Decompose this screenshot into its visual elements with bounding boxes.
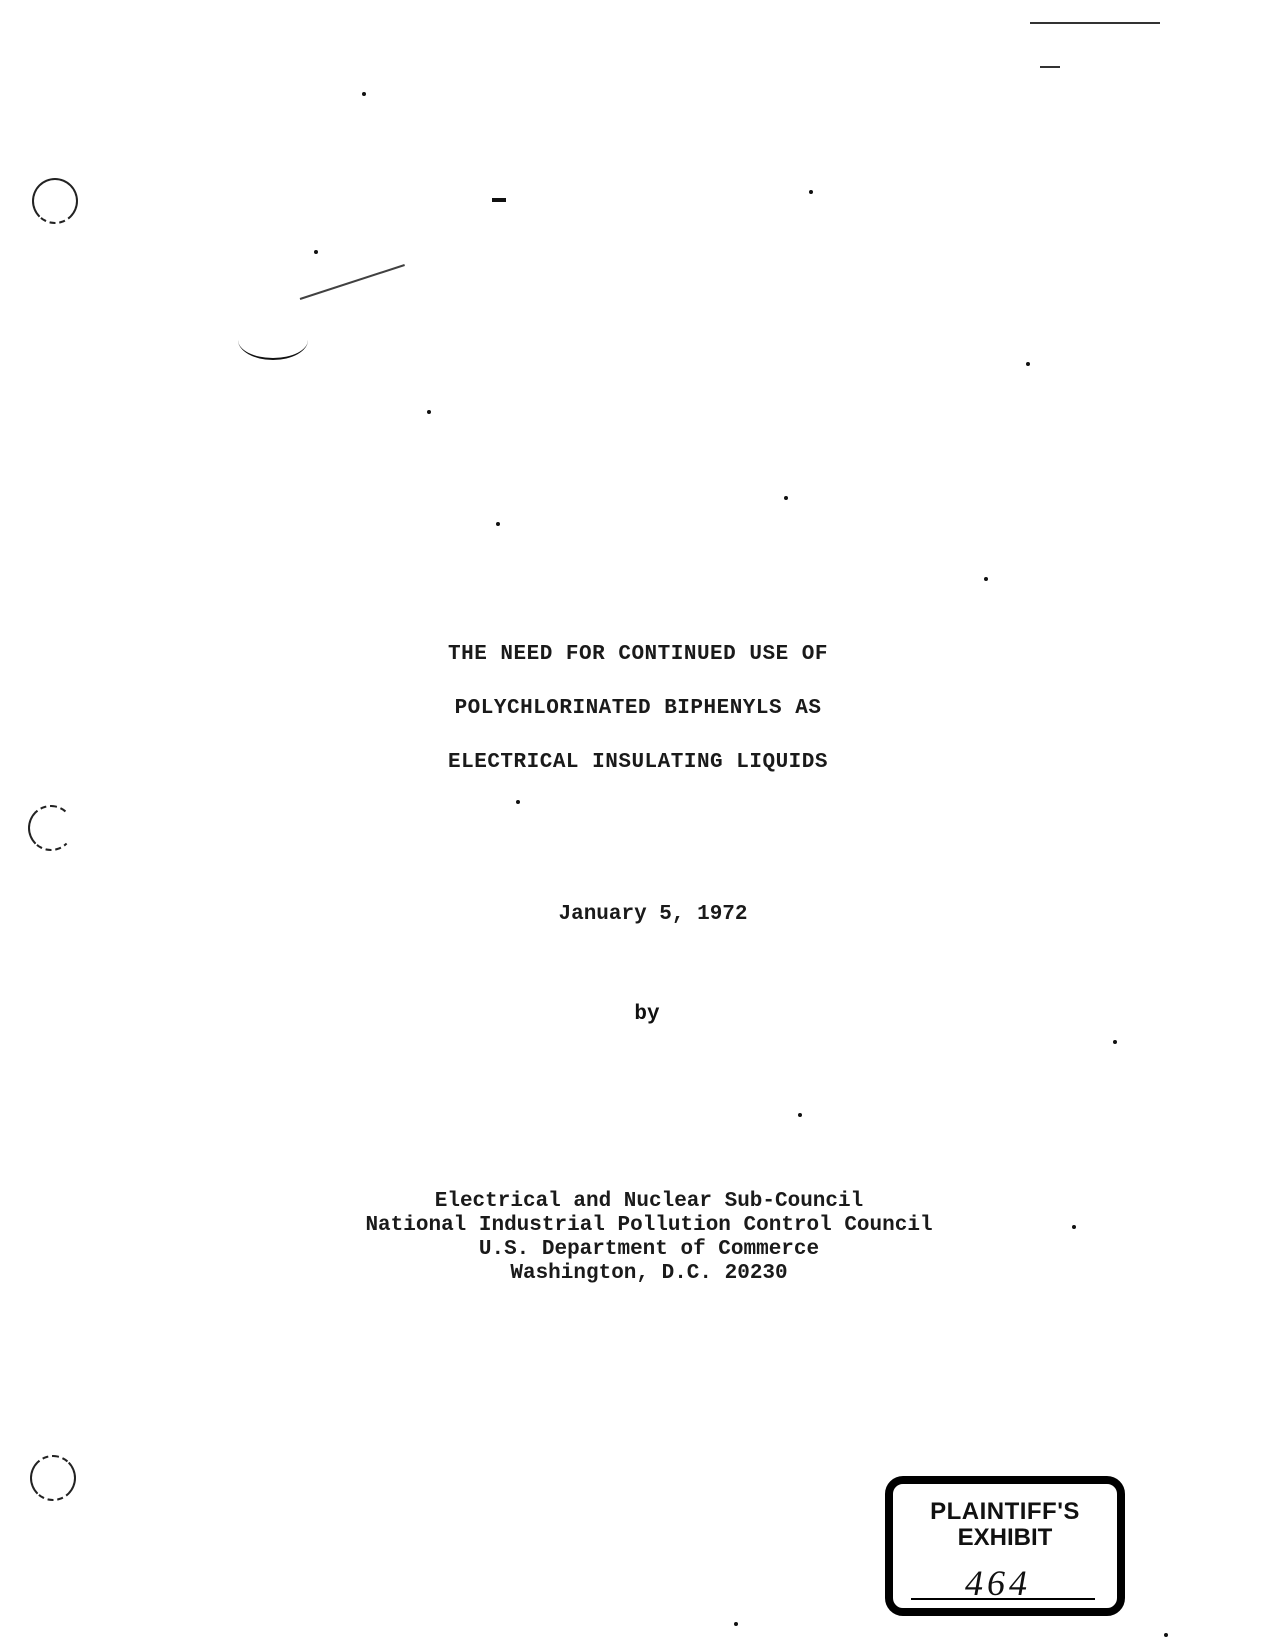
author-line-3: U.S. Department of Commerce — [22, 1238, 1276, 1262]
punch-hole-middle — [28, 805, 74, 851]
title-line-2: POLYCHLORINATED BIPHENYLS AS — [0, 682, 1276, 736]
speck — [798, 1113, 802, 1117]
document-date: January 5, 1972 — [0, 903, 1276, 926]
speck — [984, 577, 988, 581]
stray-line-mark — [300, 264, 405, 300]
speck — [516, 800, 520, 804]
exhibit-stamp: PLAINTIFF'S EXHIBIT 464 — [885, 1476, 1125, 1616]
speck — [1113, 1040, 1117, 1044]
stamp-label-plaintiffs: PLAINTIFF'S — [893, 1498, 1117, 1526]
title-line-1: THE NEED FOR CONTINUED USE OF — [0, 628, 1276, 682]
speck — [809, 190, 813, 194]
punch-hole-bottom — [30, 1455, 76, 1501]
title-line-3: ELECTRICAL INSULATING LIQUIDS — [0, 736, 1276, 790]
stamp-label-exhibit: EXHIBIT — [893, 1524, 1117, 1552]
document-page: THE NEED FOR CONTINUED USE OF POLYCHLORI… — [0, 0, 1276, 1651]
stamp-underline — [911, 1598, 1095, 1600]
scan-edge-mark — [1030, 22, 1160, 24]
speck — [734, 1622, 738, 1626]
author-line-2: National Industrial Pollution Control Co… — [22, 1214, 1276, 1238]
scan-edge-mark — [1040, 66, 1060, 68]
author-line-4: Washington, D.C. 20230 — [22, 1262, 1276, 1286]
author-block: Electrical and Nuclear Sub-Council Natio… — [0, 1190, 1276, 1286]
stray-dash-mark — [492, 198, 506, 202]
speck — [496, 522, 500, 526]
speck — [784, 496, 788, 500]
speck — [314, 250, 318, 254]
speck — [1164, 1633, 1168, 1637]
speck — [362, 92, 366, 96]
punch-hole-top — [32, 178, 78, 224]
speck — [427, 410, 431, 414]
byline-label: by — [0, 1003, 1276, 1026]
stray-arc-mark — [238, 320, 308, 360]
author-line-1: Electrical and Nuclear Sub-Council — [22, 1190, 1276, 1214]
document-title: THE NEED FOR CONTINUED USE OF POLYCHLORI… — [0, 628, 1276, 790]
speck — [1026, 362, 1030, 366]
